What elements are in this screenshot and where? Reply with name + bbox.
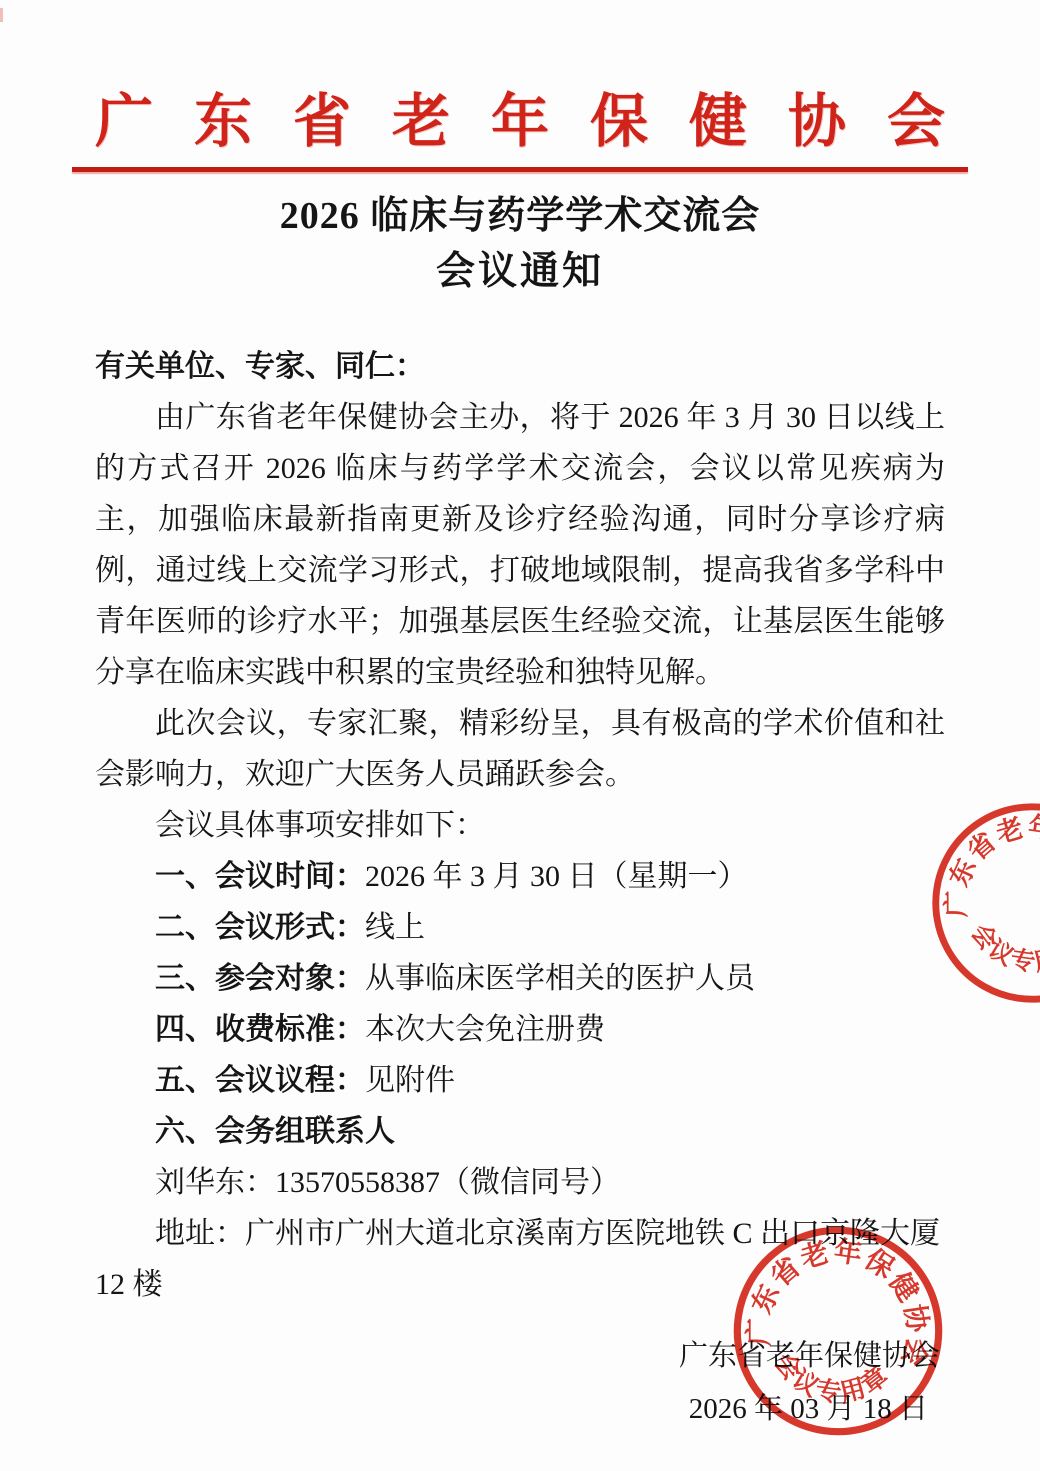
item-meeting-format: 二、会议形式：线上 [95,902,945,953]
item-contact-heading: 六、会务组联系人 [95,1106,945,1157]
item-contact-heading-label: 六、会务组联系人 [155,1115,395,1148]
salutation-line: 有关单位、专家、同仁： [95,341,945,392]
item-fee: 四、收费标准：本次大会免注册费 [95,1004,945,1055]
item-agenda-value: 见附件 [365,1064,455,1097]
document-subtitle: 会议通知 [0,249,1040,295]
item-meeting-format-value: 线上 [365,911,425,944]
item-agenda: 五、会议议程：见附件 [95,1055,945,1106]
letterhead-divider [72,167,968,172]
item-meeting-format-label: 二、会议形式： [155,911,365,944]
item-agenda-label: 五、会议议程： [155,1064,365,1097]
official-seal-signature: 广东省老年保健协会 会议专用章 [710,1203,965,1458]
item-meeting-time: 一、会议时间：2026 年 3 月 30 日（星期一） [95,851,945,902]
letterhead-org-name: 广东省老年保健协会 [0,0,1040,158]
item-participants-value: 从事临床医学相关的医护人员 [365,962,755,995]
item-meeting-time-label: 一、会议时间： [155,860,365,893]
item-fee-label: 四、收费标准： [155,1013,365,1046]
paragraph-meeting-overview: 由广东省老年保健协会主办，将于 2026 年 3 月 30 日以线上的方式召开 … [95,392,945,698]
scan-artifact [0,8,3,22]
seal-ring-text: 广东省老年保健协会 [739,1224,946,1372]
item-participants: 三、参会对象：从事临床医学相关的医护人员 [95,953,945,1004]
document-body: 有关单位、专家、同仁： 由广东省老年保健协会主办，将于 2026 年 3 月 3… [95,341,945,1310]
document-title: 2026 临床与药学学术交流会 [0,194,1040,238]
item-fee-value: 本次大会免注册费 [365,1013,605,1046]
contact-phone-line: 刘华东：13570558387（微信同号） [95,1157,945,1208]
seal-bottom-text: 会议专用章 [961,915,1040,983]
arrangements-intro-line: 会议具体事项安排如下： [95,800,945,851]
document-page: 广东省老年保健协会 2026 临床与药学学术交流会 会议通知 有关单位、专家、同… [0,0,1040,1471]
item-meeting-time-value: 2026 年 3 月 30 日（星期一） [365,860,748,893]
paragraph-invitation: 此次会议，专家汇聚，精彩纷呈，具有极高的学术价值和社会影响力，欢迎广大医务人员踊… [95,698,945,800]
seal-bottom-text: 会议专用章 [764,1344,898,1415]
seal-ring-text: 广东省老年保健协会 [937,800,1040,942]
item-participants-label: 三、参会对象： [155,962,365,995]
